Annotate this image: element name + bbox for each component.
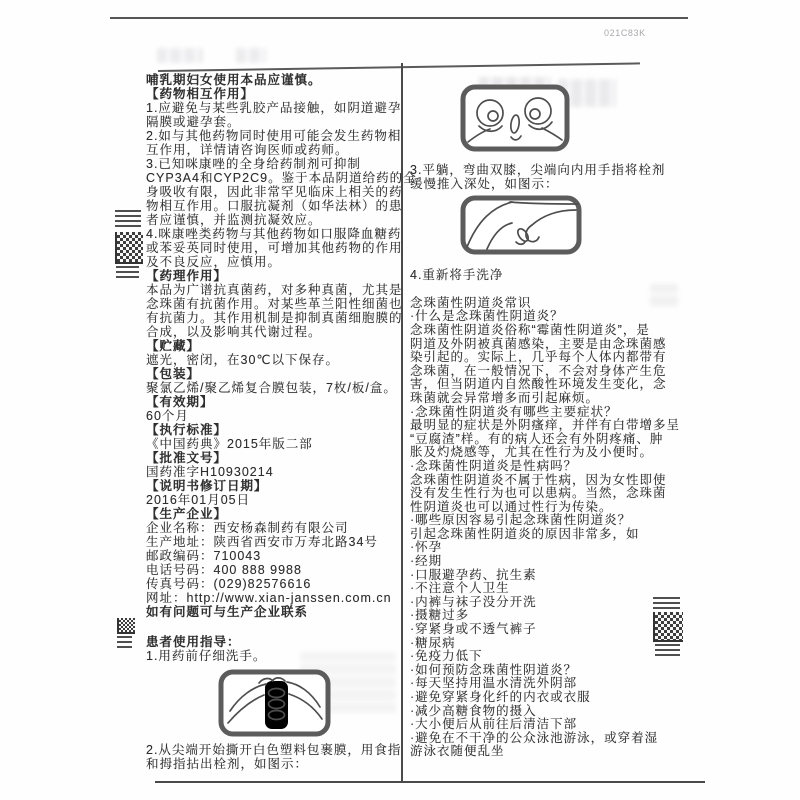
text-line: ·不注意个人卫生: [410, 582, 702, 596]
text-line: 或苯妥英同时使用，可增加其他药物的作用: [146, 241, 402, 255]
text-line: 没有发生性行为也可以患病。当然，念珠菌: [410, 487, 702, 501]
patient-guide-heading-block: 患者使用指导：1.用药前仔细洗手。: [146, 635, 402, 663]
text-line: CYP3A4和CYP2C9。鉴于本品阴道给药的全: [146, 171, 402, 185]
registration-bars: [117, 636, 132, 649]
text-line: 【药物相互作用】: [146, 87, 402, 101]
text-line: ·哪些原因容易引起念珠菌性阴道炎？: [410, 514, 702, 528]
text-line: 身吸收有限，因此非常罕见临床上相关的药: [146, 185, 402, 199]
text-line: 最明显的症状是外阴瘙痒，并伴有白带增多呈: [410, 419, 702, 433]
datamatrix-code: [117, 618, 135, 634]
right-column-step4-block: 4.重新将手洗净: [410, 269, 702, 283]
text-line: 和拇指拈出栓剂，如图示：: [146, 757, 402, 771]
text-line: 【包装】: [146, 367, 402, 381]
text-line: 【生产企业】: [146, 507, 402, 521]
text-line: ·怀孕: [410, 541, 702, 555]
hands-tearing-blister-pack-illustration: [218, 669, 331, 737]
text-line: 4.重新将手洗净: [410, 269, 702, 283]
text-line: 遮光，密闭，在30℃以下保存。: [146, 353, 402, 367]
text-line: 企业名称：西安杨森制药有限公司: [146, 521, 402, 535]
text-line: 3.平躺，弯曲双膝，尖端向内用手指将栓剂: [410, 164, 702, 178]
datamatrix-code: [115, 232, 143, 264]
text-line: 本品为广谱抗真菌药，对多种真菌，尤其是: [146, 283, 402, 297]
registration-bars: [116, 266, 139, 278]
text-line: 传真号码：(029)82576616: [146, 577, 402, 591]
text-line: 缓慢推入深处，如图示：: [410, 178, 702, 192]
text-line: ·穿紧身或不透气裤子: [410, 623, 702, 637]
text-line: 互作用，详情请咨询医师或药师。: [146, 143, 402, 157]
text-line: 【说明书修订日期】: [146, 479, 402, 493]
text-line: 【执行标准】: [146, 423, 402, 437]
text-line: ·避免穿紧身化纤的内衣或衣服: [410, 691, 702, 705]
bleedthrough-artifact: [236, 48, 266, 63]
text-line: 电话号码：400 888 9988: [146, 563, 402, 577]
text-line: 胀及灼烧感等，尤其在性行为及小便时。: [410, 446, 702, 460]
right-column-step3-block: 3.平躺，弯曲双膝，尖端向内用手指将栓剂缓慢推入深处，如图示：: [410, 164, 702, 191]
text-line: ·念珠菌性阴道炎是性病吗？: [410, 460, 702, 474]
text-line: 4.咪康唑类药物与其他药物如口服降血糖药: [146, 227, 402, 241]
text-line: 【贮藏】: [146, 339, 402, 353]
text-line: 游泳衣随便乱坐: [410, 745, 702, 759]
text-line: 《中国药典》2015年版二部: [146, 437, 402, 451]
text-line: 有抗菌力。其作用机制是抑制真菌细胞膜的: [146, 311, 402, 325]
bleedthrough-artifact: [157, 48, 203, 63]
page-border-top: [110, 17, 688, 19]
text-line: ·摄糖过多: [410, 609, 702, 623]
text-line: 聚氯乙烯/聚乙烯复合膜包装，7枚/板/盒。: [146, 381, 402, 395]
text-line: 珠菌就会异常增多而引起麻烦。: [410, 392, 702, 406]
text-line: 邮政编码：710043: [146, 549, 402, 563]
package-insert-scan: 021C83K 哺乳期妇女使用本品应谨慎。【药物相互作用】1.应避免与某些乳胶产…: [0, 0, 800, 800]
text-line: ·经期: [410, 555, 702, 569]
text-line: 者应谨慎，并监测抗凝效应。: [146, 213, 402, 227]
right-column: 3.平躺，弯曲双膝，尖端向内用手指将栓剂缓慢推入深处，如图示： 4.重新将手洗净…: [410, 84, 702, 759]
text-line: 合成，以及影响其代谢过程。: [146, 325, 402, 339]
text-line: 念珠菌有抗菌作用。对某些革兰阳性细菌也: [146, 297, 402, 311]
text-line: 念珠菌性阴道炎俗称“霉菌性阴道炎”，是: [410, 324, 702, 338]
text-line: 生产地址：陕西省西安市万寿北路34号: [146, 535, 402, 549]
print-batch-code: 021C83K: [604, 28, 646, 38]
text-line: ·每天坚持用温水清洗外阴部: [410, 677, 702, 691]
text-line: 及不良反应，应慎用。: [146, 255, 402, 269]
text-line: 1.用药前仔细洗手。: [146, 649, 402, 663]
text-line: 【批准文号】: [146, 451, 402, 465]
registration-bars: [115, 210, 141, 228]
text-line: 物相互作用。口服抗凝剂（如华法林）的患: [146, 199, 402, 213]
text-line: 染引起的。实际上，几乎每个人体内都带有: [410, 351, 702, 365]
candida-info-block: 念珠菌性阴道炎常识·什么是念珠菌性阴道炎？念珠菌性阴道炎俗称“霉菌性阴道炎”，是…: [410, 297, 702, 759]
inner-border-top: [158, 62, 640, 71]
text-line: 如有问题可与生产企业联系: [146, 605, 402, 619]
text-line: 害，但当阴道内自然酸性环境发生变化，念: [410, 378, 702, 392]
text-line: 哺乳期妇女使用本品应谨慎。: [146, 73, 402, 87]
text-line: 2.如与其他药物同时使用可能会发生药物相: [146, 129, 402, 143]
left-column-step2-block: 2.从尖端开始撕开白色塑料包裹膜，用食指和拇指拈出栓剂，如图示：: [146, 743, 402, 771]
text-line: 2016年01月05日: [146, 493, 402, 507]
text-line: 【药理作用】: [146, 269, 402, 283]
text-line: 隔膜或避孕套。: [146, 115, 402, 129]
text-line: 国药准字H10930214: [146, 465, 402, 479]
text-line: 1.应避免与某些乳胶产品接触，如阴道避孕: [146, 101, 402, 115]
text-line: 引起念珠菌性阴道炎的原因非常多，如: [410, 528, 702, 542]
suppository-insertion-position-illustration: [460, 195, 582, 255]
text-line: 患者使用指导：: [146, 635, 402, 649]
text-line: 60个月: [146, 409, 402, 423]
text-line: 【有效期】: [146, 395, 402, 409]
text-line: 网址：http://www.xian-janssen.com.cn: [146, 591, 402, 605]
left-column: 哺乳期妇女使用本品应谨慎。【药物相互作用】1.应避免与某些乳胶产品接触，如阴道避…: [146, 73, 402, 771]
text-line: ·免疫力低下: [410, 650, 702, 664]
text-line: 2.从尖端开始撕开白色塑料包裹膜，用食指: [146, 743, 402, 757]
page-border-bottom: [155, 781, 705, 783]
text-line: ·大小便后从前往后清洁下部: [410, 718, 702, 732]
text-line: 3.已知咪康唑的全身给药制剂可抑制: [146, 157, 402, 171]
left-column-text-block: 哺乳期妇女使用本品应谨慎。【药物相互作用】1.应避免与某些乳胶产品接触，如阴道避…: [146, 73, 402, 619]
fingers-removing-suppository-illustration: [460, 84, 570, 152]
text-line: ·什么是念珠菌性阴道炎？: [410, 310, 702, 324]
